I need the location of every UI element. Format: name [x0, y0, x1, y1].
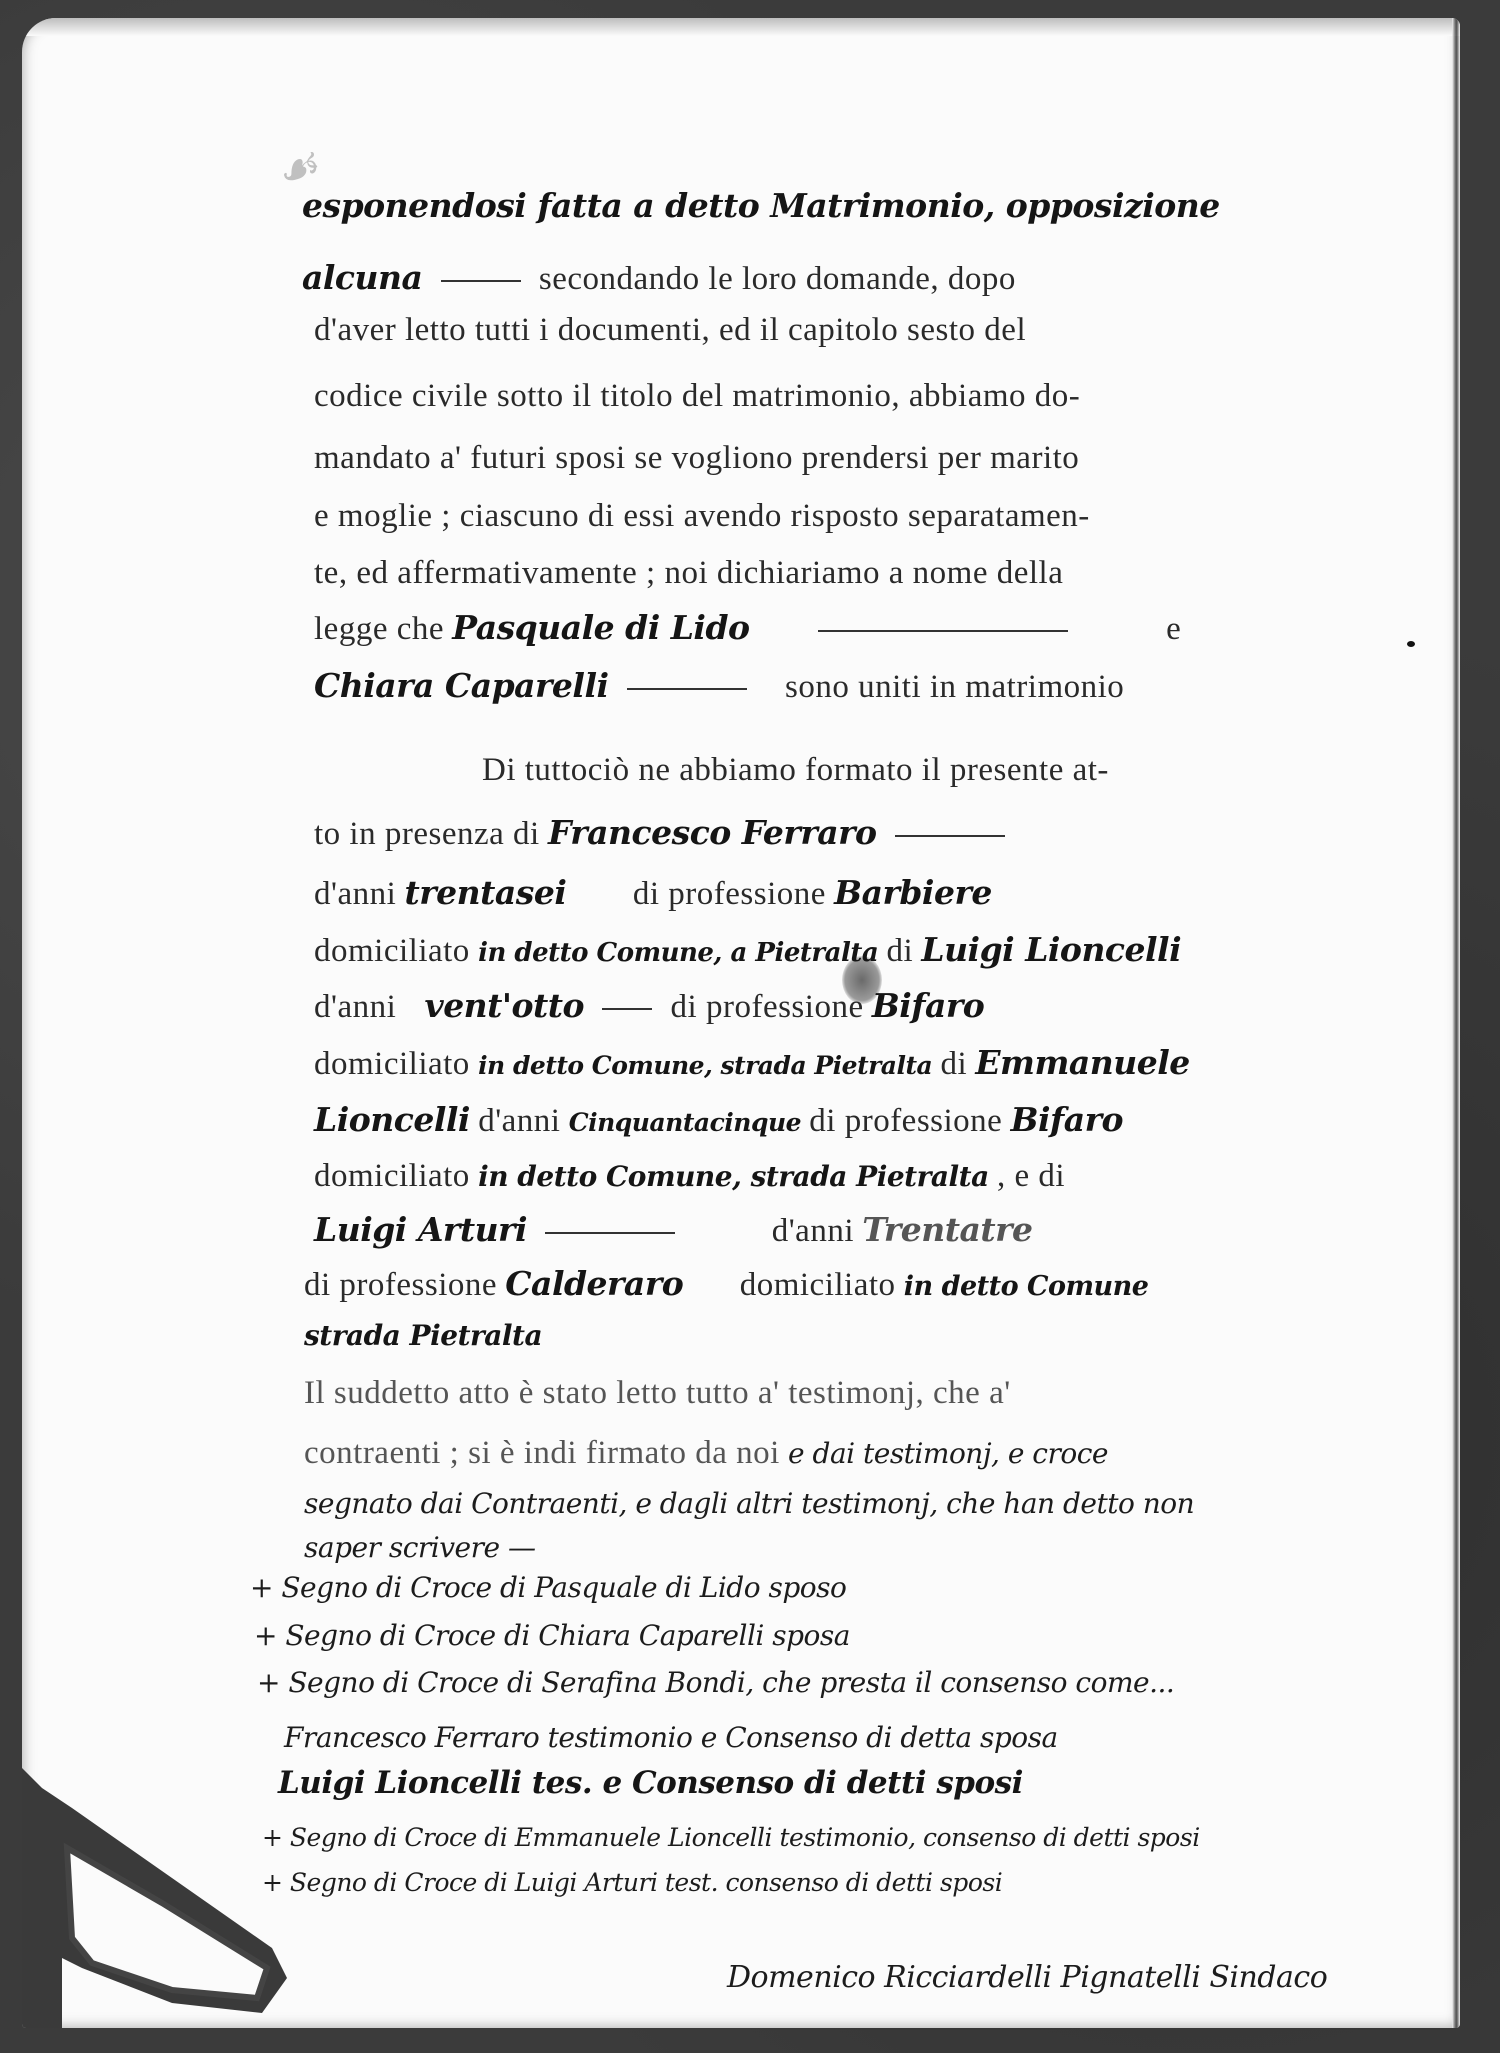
witness-2-name: Luigi Lioncelli: [921, 930, 1181, 969]
witness-line-10: di professione Calderaro domiciliato in …: [304, 1264, 1148, 1307]
witness-3-surname: Lioncelli: [314, 1100, 470, 1139]
printed-text: domiciliato: [314, 1158, 470, 1194]
printed-text: e: [1166, 611, 1181, 647]
witness-3-domicile: in detto Comune, strada Pietralta: [478, 1160, 989, 1193]
fill-dash: [818, 630, 1068, 632]
document-page: ☙ esponendosi fatta a detto Matrimonio, …: [22, 18, 1460, 2028]
witness-2-profession: Bifaro: [872, 986, 984, 1025]
printed-text: di: [886, 933, 913, 969]
signature-line-witness-4: + Segno di Croce di Luigi Arturi test. c…: [262, 1863, 1002, 1903]
witness-1-age: trentasei: [405, 873, 567, 912]
signature-text: Francesco Ferraro testimonio e Consenso …: [284, 1721, 1058, 1754]
fill-dash: [895, 835, 1005, 837]
cross-mark: +: [254, 1619, 277, 1652]
printed-text: sono uniti in matrimonio: [785, 669, 1124, 705]
handwritten-text: esponendosi fatta a detto Matrimonio, op…: [302, 186, 1220, 225]
printed-text: d'anni: [314, 989, 396, 1025]
cross-mark: +: [250, 1571, 273, 1604]
cross-mark: +: [262, 1868, 282, 1897]
body-line-8: legge che Pasquale di Lido e: [314, 608, 1181, 649]
signature-line-witness-2: Luigi Lioncelli tes. e Consenso di detti…: [278, 1763, 1023, 1803]
stray-ink-dot: [1407, 641, 1415, 647]
body-line-3: d'aver letto tutti i documenti, ed il ca…: [314, 310, 1026, 350]
witness-2-domicile: in detto Comune, strada Pietralta: [478, 1051, 932, 1080]
printed-text: secondando le loro domande, dopo: [539, 261, 1016, 297]
witness-line-3: d'anni trentasei di professione Barbiere: [314, 873, 992, 914]
fill-dash: [545, 1232, 675, 1234]
witness-line-7: Lioncelli d'anni Cinquantacinque di prof…: [314, 1100, 1123, 1143]
printed-text: di professione: [809, 1103, 1002, 1139]
witness-4-domicile: in detto Comune: [904, 1271, 1149, 1302]
signature-text: Segno di Croce di Serafina Bondi, che pr…: [288, 1666, 1174, 1699]
signature-line-bride: + Segno di Croce di Chiara Caparelli spo…: [254, 1616, 850, 1656]
body-line-9: Chiara Caparelli sono uniti in matrimoni…: [314, 666, 1124, 707]
witness-line-6: domiciliato in detto Comune, strada Piet…: [314, 1043, 1190, 1086]
witness-line-4: domiciliato in detto Comune, a Pietralta…: [314, 930, 1181, 973]
signature-line-consent: + Segno di Croce di Serafina Bondi, che …: [257, 1663, 1174, 1703]
witness-line-9: Luigi Arturi d'anni Trentatre: [314, 1210, 1033, 1251]
printed-text: domiciliato: [314, 933, 470, 969]
witness-1-domicile: in detto Comune, a Pietralta: [478, 938, 878, 968]
witness-4-age: Trentatre: [862, 1210, 1032, 1249]
witness-3-age: Cinquantacinque: [569, 1108, 801, 1137]
fill-dash: [627, 688, 747, 690]
printed-text: di professione: [671, 989, 864, 1025]
witness-4-name: Luigi Arturi: [314, 1210, 527, 1249]
groom-name: Pasquale di Lido: [452, 608, 749, 647]
witness-4-street: strada Pietralta: [304, 1319, 542, 1352]
printed-text: di professione: [633, 876, 826, 912]
bride-name: Chiara Caparelli: [314, 666, 609, 705]
printed-text: contraenti ; si è indi firmato da noi: [304, 1435, 780, 1471]
body-line-2: alcuna secondando le loro domande, dopo: [302, 258, 1016, 299]
body-line-4: codice civile sotto il titolo del matrim…: [314, 376, 1080, 416]
officer-signature: Domenico Ricciardelli Pignatelli Sindaco: [727, 1958, 1327, 1998]
signature-line-witness-3: + Segno di Croce di Emmanuele Lioncelli …: [262, 1818, 1200, 1858]
fill-dash: [602, 1008, 652, 1010]
handwritten-text: e dai testimonj, e croce: [788, 1437, 1108, 1470]
witness-line-1: Di tuttociò ne abbiamo formato il presen…: [482, 750, 1109, 790]
body-line-1: esponendosi fatta a detto Matrimonio, op…: [302, 186, 1220, 227]
signature-text: Segno di Croce di Pasquale di Lido sposo: [281, 1571, 846, 1604]
witness-line-11: strada Pietralta: [304, 1315, 542, 1356]
signature-text: Segno di Croce di Emmanuele Lioncelli te…: [290, 1823, 1200, 1852]
witness-3-profession: Bifaro: [1011, 1100, 1123, 1139]
witness-line-5: d'anni vent'otto di professione Bifaro: [314, 986, 984, 1027]
printed-text: to in presenza di: [314, 816, 540, 852]
closing-line-1: Il suddetto atto è stato letto tutto a' …: [304, 1373, 1011, 1413]
witness-line-2: to in presenza di Francesco Ferraro: [314, 813, 1015, 854]
signature-text: Segno di Croce di Luigi Arturi test. con…: [290, 1868, 1002, 1897]
witness-1-profession: Barbiere: [834, 873, 992, 912]
witness-2-age: vent'otto: [425, 986, 585, 1025]
cross-mark: +: [257, 1666, 280, 1699]
signature-line-groom: + Segno di Croce di Pasquale di Lido spo…: [250, 1568, 846, 1608]
witness-line-8: domiciliato in detto Comune, strada Piet…: [314, 1156, 1065, 1197]
printed-text: , e di: [997, 1158, 1065, 1194]
cross-mark: +: [262, 1823, 282, 1852]
printed-text: domiciliato: [314, 1046, 470, 1082]
witness-4-profession: Calderaro: [505, 1264, 683, 1303]
printed-text: d'anni: [478, 1103, 560, 1139]
printed-text: domiciliato: [740, 1267, 896, 1303]
page-edge-shadow: [1452, 18, 1460, 2028]
closing-line-3: segnato dai Contraenti, e dagli altri te…: [304, 1484, 1194, 1524]
printed-text: d'anni: [314, 876, 396, 912]
witness-1-name: Francesco Ferraro: [548, 813, 877, 852]
signature-line-witness-1: Francesco Ferraro testimonio e Consenso …: [284, 1718, 1058, 1758]
closing-line-2: contraenti ; si è indi firmato da noi e …: [304, 1433, 1108, 1474]
printed-text: d'anni: [772, 1213, 854, 1249]
closing-line-4: saper scrivere —: [304, 1528, 535, 1568]
body-line-7: te, ed affermativamente ; noi dichiariam…: [314, 553, 1063, 593]
signature-text: Segno di Croce di Chiara Caparelli sposa: [285, 1619, 850, 1652]
fill-dash: [441, 280, 521, 282]
printed-text: di professione: [304, 1267, 497, 1303]
printed-text: di: [940, 1046, 967, 1082]
body-line-6: e moglie ; ciascuno di essi avendo rispo…: [314, 496, 1090, 536]
witness-3-name: Emmanuele: [975, 1043, 1189, 1082]
body-line-5: mandato a' futuri sposi se vogliono pren…: [314, 438, 1079, 478]
signature-text: Luigi Lioncelli tes. e Consenso di detti…: [278, 1765, 1023, 1801]
handwritten-text: alcuna: [302, 258, 422, 297]
printed-text: legge che: [314, 611, 444, 647]
